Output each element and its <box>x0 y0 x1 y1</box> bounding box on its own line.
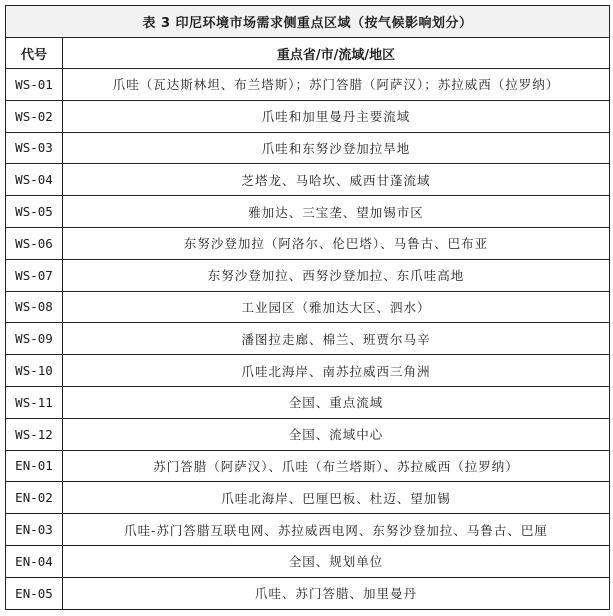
code-cell: EN-03 <box>6 514 63 546</box>
table-row: EN-01 苏门答腊（阿萨汉）、爪哇（布兰塔斯）、苏拉威西（拉罗纳） <box>6 450 610 482</box>
table-row: WS-04 芝塔龙、马哈坎、威西甘蓬流域 <box>6 164 610 196</box>
code-cell: WS-03 <box>6 132 63 164</box>
table-header-row: 代号 重点省/市/流域/地区 <box>6 38 610 69</box>
header-code: 代号 <box>6 38 63 69</box>
code-cell: EN-05 <box>6 577 63 609</box>
table-row: EN-03 爪哇-苏门答腊互联电网、苏拉威西电网、东努沙登加拉、马鲁古、巴厘 <box>6 514 610 546</box>
region-cell: 雅加达、三宝垄、望加锡市区 <box>63 196 610 228</box>
code-cell: EN-04 <box>6 545 63 577</box>
code-cell: WS-12 <box>6 418 63 450</box>
table-row: WS-07 东努沙登加拉、西努沙登加拉、东爪哇高地 <box>6 259 610 291</box>
table-row: WS-05 雅加达、三宝垄、望加锡市区 <box>6 196 610 228</box>
code-cell: WS-05 <box>6 196 63 228</box>
table-row: WS-11 全国、重点流域 <box>6 386 610 418</box>
region-cell: 爪哇和东努沙登加拉旱地 <box>63 132 610 164</box>
table-row: WS-06 东努沙登加拉（阿洛尔、伦巴塔）、马鲁古、巴布亚 <box>6 227 610 259</box>
region-cell: 工业园区（雅加达大区、泗水） <box>63 291 610 323</box>
code-cell: WS-06 <box>6 227 63 259</box>
table-row: WS-09 潘图拉走廊、棉兰、班贾尔马辛 <box>6 323 610 355</box>
table-row: EN-05 爪哇、苏门答腊、加里曼丹 <box>6 577 610 609</box>
code-cell: WS-04 <box>6 164 63 196</box>
code-cell: EN-01 <box>6 450 63 482</box>
code-cell: EN-02 <box>6 482 63 514</box>
table-title: 表 3 印尼环境市场需求侧重点区域（按气候影响划分） <box>6 6 610 38</box>
code-cell: WS-08 <box>6 291 63 323</box>
code-cell: WS-07 <box>6 259 63 291</box>
code-cell: WS-01 <box>6 69 63 101</box>
region-cell: 苏门答腊（阿萨汉）、爪哇（布兰塔斯）、苏拉威西（拉罗纳） <box>63 450 610 482</box>
region-cell: 爪哇、苏门答腊、加里曼丹 <box>63 577 610 609</box>
region-cell: 爪哇-苏门答腊互联电网、苏拉威西电网、东努沙登加拉、马鲁古、巴厘 <box>63 514 610 546</box>
table-title-row: 表 3 印尼环境市场需求侧重点区域（按气候影响划分） <box>6 6 610 38</box>
region-cell: 全国、重点流域 <box>63 386 610 418</box>
region-cell: 东努沙登加拉、西努沙登加拉、东爪哇高地 <box>63 259 610 291</box>
table-row: WS-12 全国、流域中心 <box>6 418 610 450</box>
region-cell: 爪哇（瓦达斯林坦、布兰塔斯）；苏门答腊（阿萨汉）；苏拉威西（拉罗纳） <box>63 69 610 101</box>
table-row: EN-02 爪哇北海岸、巴厘巴板、杜迈、望加锡 <box>6 482 610 514</box>
region-cell: 爪哇北海岸、南苏拉威西三角洲 <box>63 355 610 387</box>
table-row: WS-10 爪哇北海岸、南苏拉威西三角洲 <box>6 355 610 387</box>
table-row: WS-03 爪哇和东努沙登加拉旱地 <box>6 132 610 164</box>
code-cell: WS-09 <box>6 323 63 355</box>
region-cell: 东努沙登加拉（阿洛尔、伦巴塔）、马鲁古、巴布亚 <box>63 227 610 259</box>
region-cell: 爪哇和加里曼丹主要流域 <box>63 100 610 132</box>
table-row: WS-01 爪哇（瓦达斯林坦、布兰塔斯）；苏门答腊（阿萨汉）；苏拉威西（拉罗纳） <box>6 69 610 101</box>
regions-table: 表 3 印尼环境市场需求侧重点区域（按气候影响划分） 代号 重点省/市/流域/地… <box>5 5 610 610</box>
header-region: 重点省/市/流域/地区 <box>63 38 610 69</box>
code-cell: WS-02 <box>6 100 63 132</box>
table-row: EN-04 全国、规划单位 <box>6 545 610 577</box>
table-row: WS-08 工业园区（雅加达大区、泗水） <box>6 291 610 323</box>
region-cell: 全国、规划单位 <box>63 545 610 577</box>
region-cell: 潘图拉走廊、棉兰、班贾尔马辛 <box>63 323 610 355</box>
region-cell: 全国、流域中心 <box>63 418 610 450</box>
table-row: WS-02 爪哇和加里曼丹主要流域 <box>6 100 610 132</box>
region-cell: 芝塔龙、马哈坎、威西甘蓬流域 <box>63 164 610 196</box>
code-cell: WS-10 <box>6 355 63 387</box>
region-cell: 爪哇北海岸、巴厘巴板、杜迈、望加锡 <box>63 482 610 514</box>
code-cell: WS-11 <box>6 386 63 418</box>
